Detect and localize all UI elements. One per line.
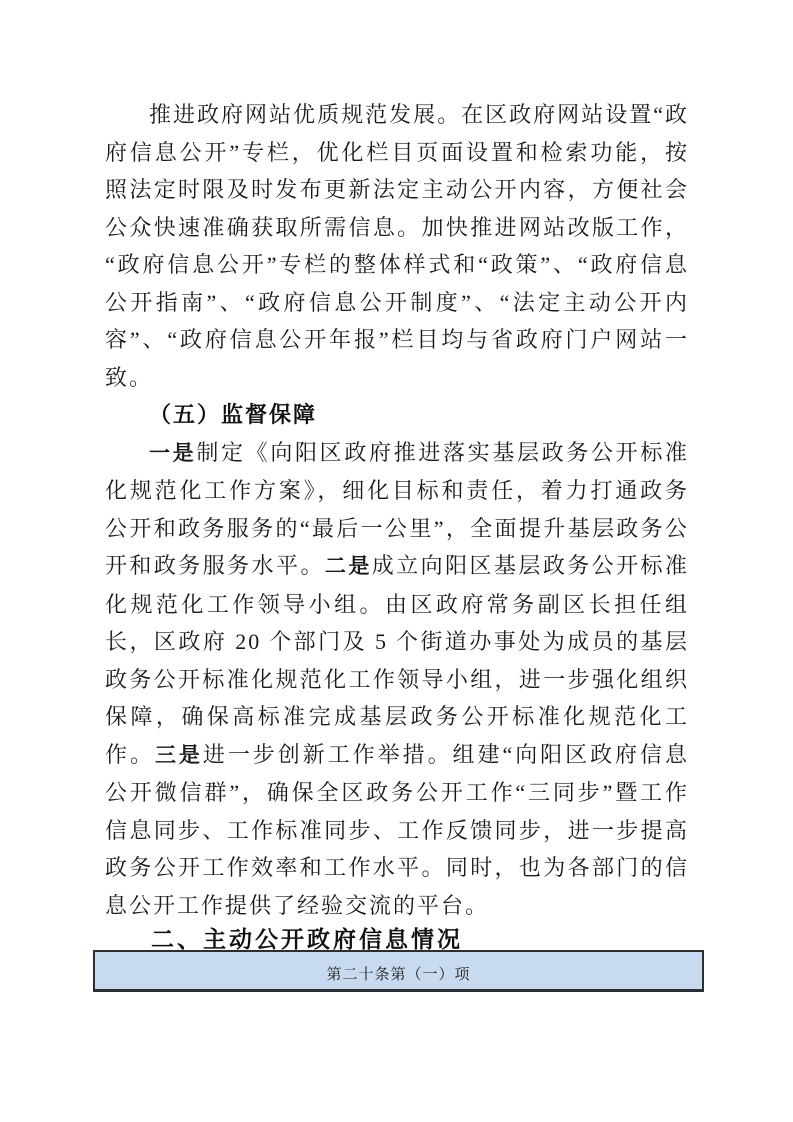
- paragraph-website-development: 推进政府网站优质规范发展。在区政府网站设置“政府信息公开”专栏，优化栏目页面设置…: [105, 96, 689, 396]
- heading-supervision-guarantee: （五）监督保障: [105, 396, 689, 434]
- table-header-row: 第二十条第（一）项: [93, 950, 704, 992]
- bold-marker-second: 二是: [325, 555, 372, 578]
- bold-marker-third: 三是: [155, 744, 203, 767]
- table-header-label: 第二十条第（一）项: [326, 957, 470, 984]
- paragraph-supervision-measures: 一是制定《向阳区政府推进落实基层政务公开标准化规范化工作方案》，细化目标和责任，…: [105, 434, 689, 925]
- text-run-second: 成立向阳区基层政务公开标准化规范化工作领导小组。由区政府常务副区长担任组长，区政…: [105, 553, 689, 767]
- bold-marker-first: 一是: [149, 442, 196, 465]
- document-page: 推进政府网站优质规范发展。在区政府网站设置“政府信息公开”专栏，优化栏目页面设置…: [0, 0, 793, 1122]
- document-body: 推进政府网站优质规范发展。在区政府网站设置“政府信息公开”专栏，优化栏目页面设置…: [105, 96, 689, 954]
- text-run-third: 进一步创新工作举措。组建“向阳区政府信息公开微信群”，确保全区政务公开工作“三同…: [105, 742, 689, 918]
